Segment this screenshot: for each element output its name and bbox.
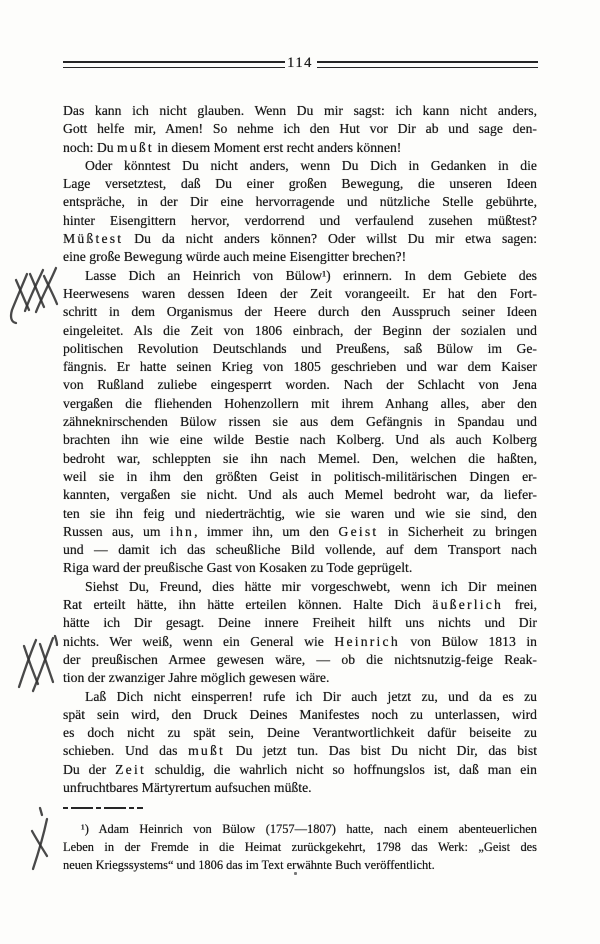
text-line: Leben in der Fremde in die Heimat zurück…: [63, 838, 537, 856]
text-line: schritt in dem Organismus der Heere durc…: [63, 303, 537, 321]
emphasized-word: äußerlich: [432, 597, 503, 612]
text-line: hinter Eisengittern hervor, verdorrend u…: [63, 212, 537, 230]
text-line: politischen Revolution Deutschlands und …: [63, 340, 537, 358]
text-line: bedroht war, schleppten sie ihn nach Mem…: [63, 450, 537, 468]
text-line: Oder könntest Du nicht anders, wenn Du D…: [63, 157, 537, 175]
text-line: neuen Kriegssystems“ und 1806 das im Tex…: [63, 856, 537, 874]
book-page: 114 Das kann ich nicht glauben. Wenn Du …: [0, 0, 600, 944]
text-line: brachten ihn wie eine wilde Bestie nach …: [63, 431, 537, 449]
text-line: Gott helfe mir, Amen! So nehme ich den H…: [63, 120, 537, 138]
emphasized-word: mußt: [188, 743, 225, 758]
text-line: ten sie ihn feig und niederträchtig, wie…: [63, 505, 537, 523]
text-line: entspräche, in der Dir eine hervorragend…: [63, 193, 537, 211]
text-line: Siehst Du, Freund, dies hätte mir vorges…: [63, 578, 537, 596]
text-line: schieben. Und das mußt Du jetzt tun. Das…: [63, 742, 537, 760]
text-line: kannten, vergaßen sie nicht. Und als auc…: [63, 486, 537, 504]
footnote-separator: [63, 807, 143, 809]
text-line: von Rußland zuliebe eingesperrt worden. …: [63, 376, 537, 394]
emphasized-word: mußt: [117, 140, 154, 155]
page-number: 114: [286, 55, 314, 72]
text-line: Lasse Dich an Heinrich von Bülow¹) erinn…: [63, 267, 537, 285]
text-line: hätte ich Dir gesagt. Deine innere Freih…: [63, 614, 537, 632]
emphasized-word: ihn: [170, 524, 194, 539]
text-line: fängnis. Er hatte seinen Krieg von 1805 …: [63, 358, 537, 376]
emphasized-word: Geist: [339, 524, 379, 539]
triple-x-mark: [8, 264, 62, 328]
text-block: Das kann ich nicht glauben. Wenn Du mir …: [63, 102, 537, 797]
emphasized-word: Zeit: [115, 762, 146, 777]
header-rule-left: [63, 61, 285, 68]
paragraph: Lasse Dich an Heinrich von Bülow¹) erinn…: [63, 267, 537, 578]
text-line: zähneknirschenden Bülow rissen sie aus d…: [63, 413, 537, 431]
paragraph: Oder könntest Du nicht anders, wenn Du D…: [63, 157, 537, 267]
single-x-mark: [28, 806, 54, 874]
header-rule-right: [317, 61, 538, 68]
emphasized-word: Müßtest: [63, 231, 123, 246]
text-line: Müßtest Du da nicht anders können? Oder …: [63, 230, 537, 248]
text-line: Du der Zeit schuldig, die wahrlich nicht…: [63, 761, 537, 779]
text-line: Lage versetztest, daß Du einer großen Be…: [63, 175, 537, 193]
text-line: eingeleitet. Als die Zeit von 1806 einbr…: [63, 322, 537, 340]
text-line: tion der zwanziger Jahre möglich gewesen…: [63, 669, 537, 687]
double-x-mark: [16, 634, 64, 696]
text-line: und — damit ich das scheußliche Bild vol…: [63, 541, 537, 559]
text-line: Riga ward der preußische Gast von Kosake…: [63, 559, 537, 577]
text-line: es doch nicht zu spät sein, Deine Verant…: [63, 724, 537, 742]
text-line: Heerwesens waren dessen Ideen der Zeit v…: [63, 285, 537, 303]
print-speck: [294, 872, 297, 875]
footnote-block: ¹) Adam Heinrich von Bülow (1757—1807) h…: [63, 820, 537, 874]
text-line: vergaßen die fliehenden Hohenzollern mit…: [63, 395, 537, 413]
text-line: ¹) Adam Heinrich von Bülow (1757—1807) h…: [63, 820, 537, 838]
text-line: eine große Bewegung würde auch meine Eis…: [63, 248, 537, 266]
paragraph: Siehst Du, Freund, dies hätte mir vorges…: [63, 578, 537, 688]
text-line: noch: Du mußt in diesem Moment erst rech…: [63, 139, 537, 157]
text-line: der preußischen Armee gewesen wäre, — ob…: [63, 651, 537, 669]
text-line: unfruchtbares Märtyrertum aufsuchen müßt…: [63, 779, 537, 797]
paragraph: Laß Dich nicht einsperren! rufe ich Dir …: [63, 688, 537, 798]
text-line: weil sie in ihm den größten Geist in pol…: [63, 468, 537, 486]
text-line: Russen aus, um ihn, immer ihn, um den Ge…: [63, 523, 537, 541]
text-line: Rat erteilt hätte, ihn hätte erteilen kö…: [63, 596, 537, 614]
text-line: Das kann ich nicht glauben. Wenn Du mir …: [63, 102, 537, 120]
text-line: Laß Dich nicht einsperren! rufe ich Dir …: [63, 688, 537, 706]
paragraph: Das kann ich nicht glauben. Wenn Du mir …: [63, 102, 537, 157]
text-line: spät sein wird, den Druck Deines Manifes…: [63, 706, 537, 724]
text-line: nichts. Wer weiß, wenn ein General wie H…: [63, 633, 537, 651]
emphasized-word: Heinrich: [334, 634, 400, 649]
